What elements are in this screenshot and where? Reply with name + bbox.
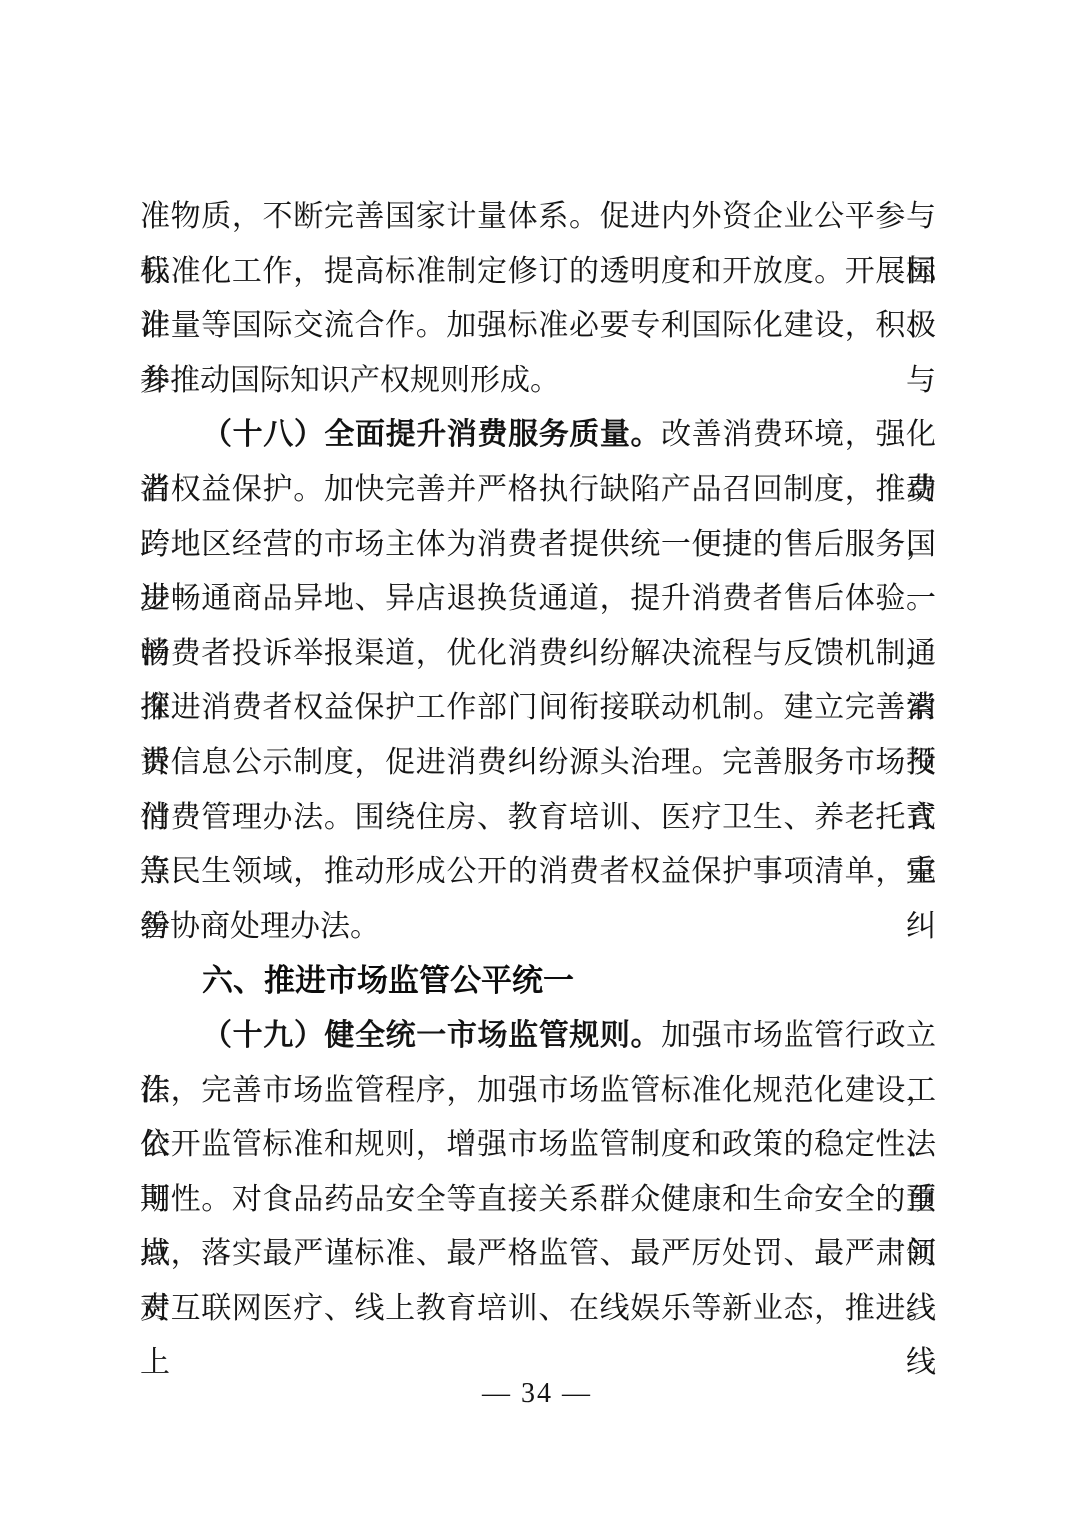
text-line-paragraph-18: （十八）全面提升消费服务质量。改善消费环境，强化消费 — [140, 408, 936, 463]
text-line: 消费者投诉举报渠道，优化消费纠纷解决流程与反馈机制，探索 — [140, 627, 936, 682]
text-line: 计量等国际交流合作。加强标准必要专利国际化建设，积极参与 — [140, 299, 936, 354]
text-line: 消费管理办法。围绕住房、教育培训、医疗卫生、养老托育等重 — [140, 791, 936, 846]
text-line: 点民生领域，推动形成公开的消费者权益保护事项清单，完善纠 — [140, 845, 936, 900]
text-line: 步畅通商品异地、异店退换货通道，提升消费者售后体验。畅通 — [140, 572, 936, 627]
paragraph-18-lead: （十八）全面提升消费服务质量。 — [202, 418, 661, 451]
text-line: 者权益保护。加快完善并严格执行缺陷产品召回制度，推动跨国 — [140, 463, 936, 518]
paragraph-19-lead: （十九）健全统一市场监管规则。 — [202, 1019, 661, 1052]
text-line: 准物质，不断完善国家计量体系。促进内外资企业公平参与我国 — [140, 190, 936, 245]
text-line: 诉信息公示制度，促进消费纠纷源头治理。完善服务市场预付式 — [140, 736, 936, 791]
text-line: 作，完善市场监管程序，加强市场监管标准化规范化建设，依法 — [140, 1064, 936, 1119]
page-number: — 34 — — [0, 1378, 1074, 1410]
text-line-paragraph-19: （十九）健全统一市场监管规则。加强市场监管行政立法工 — [140, 1009, 936, 1064]
text-line: 期性。对食品药品安全等直接关系群众健康和生命安全的重点领 — [140, 1173, 936, 1228]
document-page: 准物质，不断完善国家计量体系。促进内外资企业公平参与我国 标准化工作，提高标准制… — [0, 0, 1074, 1520]
text-line: 公开监管标准和规则，增强市场监管制度和政策的稳定性、可预 — [140, 1118, 936, 1173]
text-line: 推进消费者权益保护工作部门间衔接联动机制。建立完善消费投 — [140, 681, 936, 736]
section-heading-6: 六、推进市场监管公平统一 — [140, 954, 936, 1009]
text-line: 对互联网医疗、线上教育培训、在线娱乐等新业态，推进线上线 — [140, 1282, 936, 1337]
document-body: 准物质，不断完善国家计量体系。促进内外资企业公平参与我国 标准化工作，提高标准制… — [140, 190, 936, 1336]
text-line: 跨地区经营的市场主体为消费者提供统一便捷的售后服务，进一 — [140, 518, 936, 573]
text-line: 标准化工作，提高标准制定修订的透明度和开放度。开展标准、 — [140, 245, 936, 300]
text-line: 域，落实最严谨标准、最严格监管、最严厉处罚、最严肃问责。 — [140, 1227, 936, 1282]
